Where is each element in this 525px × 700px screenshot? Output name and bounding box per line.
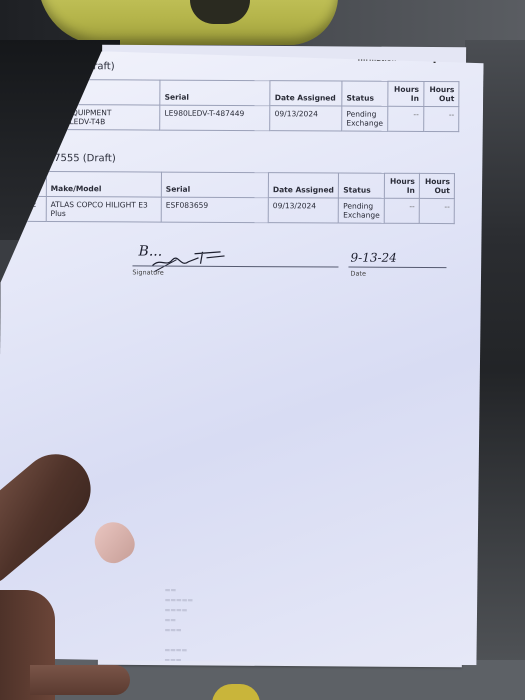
- cell-date-assigned: 09/13/2024: [270, 106, 342, 131]
- col-date-assigned: Date Assigned: [270, 81, 342, 106]
- cell-status: Pending Exchange: [339, 198, 385, 223]
- cell-status: Pending Exchange: [342, 106, 388, 131]
- handwritten-date: 9-13-24: [350, 251, 396, 265]
- cell-serial: ESF083659: [161, 197, 268, 223]
- cell-hours-in: --: [388, 106, 423, 131]
- cell-make-model: ATLAS COPCO HILIGHT E3 Plus: [46, 196, 161, 222]
- cell-hours-in: --: [384, 198, 419, 223]
- cell-hours-out: --: [423, 106, 459, 131]
- col-status: Status: [342, 81, 388, 106]
- cell-serial: LE980LEDV-T-487449: [160, 105, 270, 131]
- col-serial: Serial: [160, 80, 270, 106]
- date-line: [348, 267, 446, 269]
- table-row: 400312 ATLAS COPCO HILIGHT E3 Plus ESF08…: [3, 196, 454, 223]
- col-make-model: Make/Model: [46, 171, 161, 197]
- col-date-assigned: Date Assigned: [268, 173, 339, 198]
- col-hours-in: Hours In: [388, 81, 423, 106]
- cell-hours-out: --: [419, 198, 454, 223]
- col-hours-out: Hours Out: [419, 173, 454, 198]
- document-sheet: ...rmation Draft) ...Model Serial Date A…: [0, 51, 484, 666]
- col-serial: Serial: [161, 172, 268, 198]
- table-header-row: ...Model Serial Date Assigned Status Hou…: [42, 79, 459, 106]
- yellow-strap: [38, 0, 338, 45]
- section-2-table: Asset ID Make/Model Serial Date Assigned…: [3, 171, 455, 224]
- date-label: Date: [350, 270, 366, 278]
- col-hours-out: Hours Out: [423, 81, 459, 106]
- show-through-text: ▬▬▬▬▬▬▬▬▬▬▬▬▬▬▬▬▬▬▬▬▬▬▬: [164, 586, 193, 666]
- cell-date-assigned: 09/13/2024: [268, 198, 339, 223]
- finger: [30, 665, 130, 695]
- table-row: ...ND EQUIPMENT LE978LEDV-T4B LE980LEDV-…: [42, 104, 459, 131]
- signature-label: Signature: [132, 268, 163, 276]
- section-1-table: ...Model Serial Date Assigned Status Hou…: [41, 79, 459, 132]
- col-status: Status: [339, 173, 385, 198]
- col-hours-in: Hours In: [384, 173, 419, 198]
- table-header-row: Asset ID Make/Model Serial Date Assigned…: [3, 171, 454, 198]
